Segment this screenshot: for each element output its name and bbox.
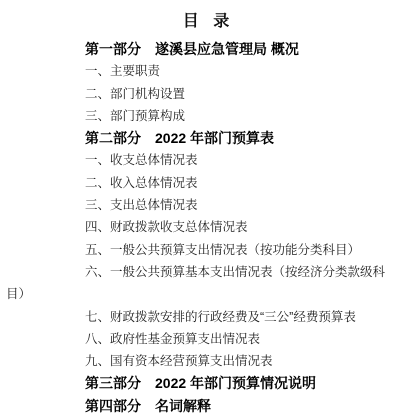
toc-item-continuation: 目） <box>6 283 397 305</box>
toc-item-government-fund-budget: 八、政府性基金预算支出情况表 <box>85 328 397 350</box>
toc-item-general-public-budget-expense: 五、一般公共预算支出情况表（按功能分类科目） <box>85 239 397 261</box>
toc-item-state-capital-budget: 九、国有资本经营预算支出情况表 <box>85 350 397 372</box>
document-page: 目 录 第一部分 遂溪县应急管理局 概况 一、主要职责 二、部门机构设置 三、部… <box>0 0 417 414</box>
toc-item-admin-three-public-funds: 七、财政拨款安排的行政经费及“三公”经费预算表 <box>85 306 397 328</box>
toc-title: 目 录 <box>0 12 417 38</box>
toc-item-fiscal-appropriation-overview: 四、财政拨款收支总体情况表 <box>85 216 397 238</box>
toc-item-expense-overview: 三、支出总体情况表 <box>85 194 397 216</box>
toc-list: 第一部分 遂溪县应急管理局 概况 一、主要职责 二、部门机构设置 三、部门预算构… <box>0 38 417 414</box>
toc-item-budget-composition: 三、部门预算构成 <box>85 105 397 127</box>
toc-item-income-overview: 二、收入总体情况表 <box>85 172 397 194</box>
toc-section-part3: 第三部分 2022 年部门预算情况说明 <box>85 372 397 394</box>
toc-item-general-public-budget-basic-expense: 六、一般公共预算基本支出情况表（按经济分类款级科 <box>85 261 397 283</box>
toc-item-main-duties: 一、主要职责 <box>85 60 397 82</box>
toc-item-income-expense-overview: 一、收支总体情况表 <box>85 149 397 171</box>
toc-section-part2: 第二部分 2022 年部门预算表 <box>85 127 397 149</box>
toc-section-part4: 第四部分 名词解释 <box>85 395 397 414</box>
toc-item-org-structure: 二、部门机构设置 <box>85 83 397 105</box>
toc-section-part1: 第一部分 遂溪县应急管理局 概况 <box>85 38 397 60</box>
